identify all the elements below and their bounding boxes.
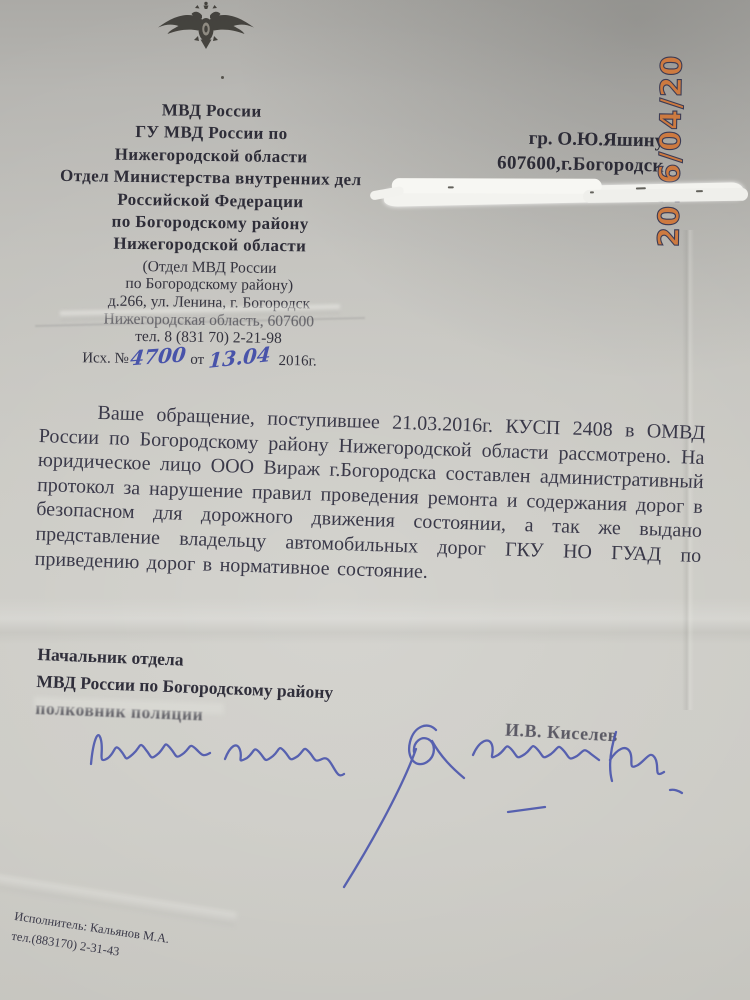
ref-from: от <box>190 352 204 368</box>
outgoing-ref-line: Исх. №4700 от13.04 2016г. <box>28 348 388 371</box>
signature-tail <box>344 749 416 887</box>
document-photo: МВД России ГУ МВД России по Нижегородско… <box>0 0 750 1000</box>
camera-timestamp: 2016/04/20 <box>651 41 691 262</box>
signature-dot <box>670 790 682 793</box>
letterhead-line: Нижегородской области <box>30 232 390 259</box>
signature-underline <box>508 807 545 812</box>
ref-year: 2016г. <box>278 353 316 370</box>
signature-ending-v <box>610 748 664 774</box>
redaction-speck <box>590 191 594 193</box>
handwriting-word-1 <box>91 735 210 764</box>
handwriting-word-2 <box>225 745 344 775</box>
signature-flourish <box>432 741 464 778</box>
signer-name: И.В. Киселев <box>505 720 676 750</box>
letterhead-block: МВД России ГУ МВД России по Нижегородско… <box>28 97 392 371</box>
paper-crease <box>0 598 750 644</box>
signature-block: Начальник отдела МВД России по Богородск… <box>35 641 458 738</box>
redaction-speck <box>696 190 703 192</box>
handwritten-ref-number: 4700 <box>129 348 186 364</box>
redaction-blob <box>392 178 602 194</box>
redaction-strip <box>378 175 750 215</box>
redaction-speck <box>636 187 646 189</box>
mvd-eagle-emblem-icon <box>156 1 256 53</box>
redaction-blob <box>583 188 748 203</box>
paper-speck <box>221 76 224 79</box>
letter-body-paragraph: Ваше обращение, поступившее 21.03.2016г.… <box>34 399 705 593</box>
recipient-address: 607600,г.Богородск <box>400 148 664 178</box>
ref-label: Исх. № <box>82 350 129 367</box>
redaction-speck <box>448 186 454 188</box>
recipient-block: гр. О.Ю.Яшину 607600,г.Богородск <box>400 123 665 178</box>
handwritten-ref-date: 13.04 <box>208 348 271 367</box>
